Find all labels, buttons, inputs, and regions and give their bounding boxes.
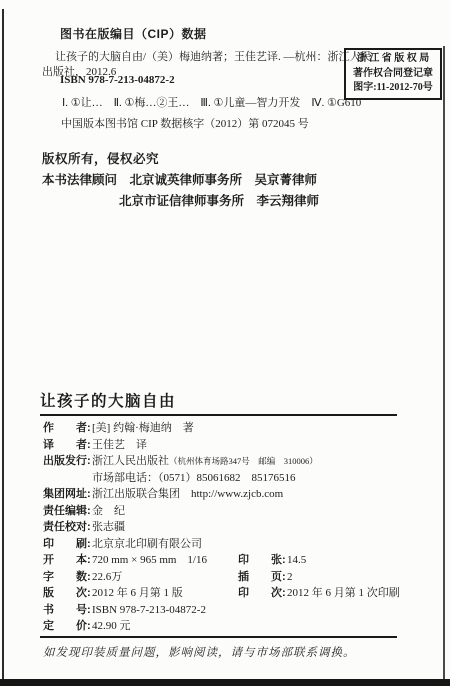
row-label: 责任编辑: — [43, 503, 92, 520]
colophon-row-isbn: 书 号:ISBN 978-7-213-04872-2 — [43, 602, 440, 619]
row-label: 字 数: — [43, 569, 92, 586]
row-value: 王佳艺 译 — [92, 439, 147, 451]
colophon-row-edition: 版 次:2012 年 6 月第 1 版 印 次:2012 年 6 月第 1 次印… — [43, 585, 440, 602]
row-label: 集团网址: — [43, 486, 92, 503]
colophon-row-price: 定 价:42.90 元 — [43, 618, 440, 635]
row-value: 北京京北印刷有限公司 — [92, 538, 202, 550]
colophon-row-printer: 印 刷:北京京北印刷有限公司 — [43, 536, 440, 553]
colophon-row-wordcount: 字 数:22.6万 插 页:2 — [43, 569, 440, 586]
colophon-row-translator: 译 者:王佳艺 译 — [43, 437, 440, 454]
title-divider — [40, 414, 397, 416]
row-value: 42.90 元 — [92, 620, 131, 632]
row-label: 印 次: — [238, 585, 287, 602]
row-label: 印 刷: — [43, 536, 92, 553]
cip-record-number: 中国版本图书馆 CIP 数据核字（2012）第 072045 号 — [61, 115, 309, 131]
cip-isbn: ISBN 978-7-213-04872-2 — [60, 74, 175, 86]
row-label: 定 价: — [43, 618, 92, 635]
row-label: 作 者: — [43, 420, 92, 437]
colophon-row-phone: 市场部电话：（0571）85061682 85176516 — [43, 470, 440, 487]
copyright-registration-box: 浙 江 省 版 权 局 著作权合同登记章 图字:11-2012-70号 — [344, 48, 442, 100]
row-value: 14.5 — [287, 554, 306, 566]
row-label: 出版发行: — [43, 453, 92, 470]
row-label: 责任校对: — [43, 519, 92, 536]
publisher-address: （杭州体育场路347号 邮编 310006） — [169, 456, 318, 466]
colophon-row-sheets: 印 张:14.5 — [238, 552, 306, 569]
quality-exchange-note: 如发现印装质量问题，影响阅读，请与市场部联系调换。 — [43, 644, 356, 660]
colophon-row-author: 作 者:[美] 约翰·梅迪纳 著 — [43, 420, 440, 437]
row-value: 22.6万 — [92, 571, 122, 583]
colophon-rows: 作 者:[美] 约翰·梅迪纳 著 译 者:王佳艺 译 出版发行:浙江人民出版社（… — [43, 420, 440, 635]
cip-header: 图书在版编目（CIP）数据 — [60, 25, 207, 42]
scan-edge-right — [443, 46, 445, 686]
registration-number-line: 图字:11-2012-70号 — [349, 81, 437, 96]
row-value: 2012 年 6 月第 1 版 — [92, 587, 183, 599]
colophon-row-editor: 责任编辑:金 纪 — [43, 503, 440, 520]
row-label: 版 次: — [43, 585, 92, 602]
book-title: 让孩子的大脑自由 — [40, 389, 176, 411]
row-label: 开 本: — [43, 552, 92, 569]
legal-advisor-line-2: 北京市证信律师事务所 李云翔律师 — [119, 191, 319, 209]
colophon-row-format: 开 本:720 mm × 965 mm 1/16 印 张:14.5 — [43, 552, 440, 569]
scan-edge-bottom — [0, 679, 450, 686]
colophon-row-inserts: 插 页:2 — [238, 569, 293, 586]
row-value: 2 — [287, 571, 293, 583]
colophon-row-proofreader: 责任校对:张志疆 — [43, 519, 440, 536]
bottom-divider — [40, 636, 397, 638]
row-value: 2012 年 6 月第 1 次印刷 — [287, 587, 400, 599]
cip-description-line-1: 让孩子的大脑自由/（美）梅迪纳著；王佳艺译. —杭州：浙江人民 — [55, 48, 372, 64]
row-label: 书 号: — [43, 602, 92, 619]
row-label: 插 页: — [238, 569, 287, 586]
row-label: 译 者: — [43, 437, 92, 454]
row-value: 720 mm × 965 mm 1/16 — [92, 554, 207, 566]
colophon-row-group-site: 集团网址:浙江出版联合集团 http://www.zjcb.com — [43, 486, 440, 503]
copyright-page: 图书在版编目（CIP）数据 让孩子的大脑自由/（美）梅迪纳著；王佳艺译. —杭州… — [0, 0, 450, 686]
row-label: 印 张: — [238, 552, 287, 569]
row-value: 张志疆 — [92, 521, 125, 533]
legal-advisor-line-1: 本书法律顾问 北京诚英律师事务所 吴京菁律师 — [42, 170, 317, 188]
registration-title-line: 著作权合同登记章 — [349, 67, 437, 82]
scan-edge-left — [2, 9, 4, 686]
row-value: 市场部电话：（0571）85061682 85176516 — [92, 472, 296, 484]
colophon-row-publisher: 出版发行:浙江人民出版社（杭州体育场路347号 邮编 310006） — [43, 453, 440, 470]
colophon-row-printing: 印 次:2012 年 6 月第 1 次印刷 — [238, 585, 400, 602]
row-value: 浙江人民出版社 — [92, 455, 169, 467]
row-value: 浙江出版联合集团 http://www.zjcb.com — [92, 488, 283, 500]
copyright-notice: 版权所有，侵权必究 — [42, 149, 159, 167]
row-value: ISBN 978-7-213-04872-2 — [92, 604, 206, 616]
registration-bureau-line: 浙 江 省 版 权 局 — [349, 52, 437, 67]
row-value: 金 纪 — [92, 505, 125, 517]
row-value: [美] 约翰·梅迪纳 著 — [92, 422, 194, 434]
cip-classification: Ⅰ. ①让… Ⅱ. ①梅…②王… Ⅲ. ①儿童—智力开发 Ⅳ. ①G610 — [62, 94, 361, 110]
